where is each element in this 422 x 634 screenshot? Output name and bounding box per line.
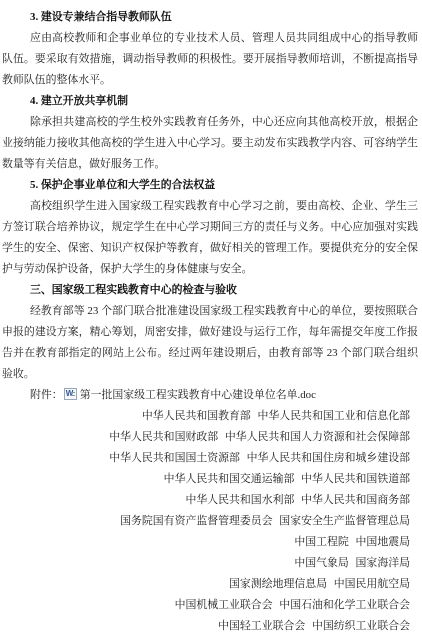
attachment-filename[interactable]: 第一批国家级工程实践教育中心建设单位名单.doc: [80, 389, 316, 401]
signature-line: 国务院国有资产监督管理委员会 国家安全生产监督管理总局: [2, 511, 410, 532]
signature-line: 中国机械工业联合会 中国石油和化学工业联合会: [2, 595, 410, 616]
section-heading: 三、国家级工程实践教育中心的检查与验收: [2, 280, 418, 301]
word-doc-icon[interactable]: [64, 388, 77, 400]
section-heading: 4. 建立开放共享机制: [2, 91, 418, 112]
signature-line: 中华人民共和国交通运输部 中华人民共和国铁道部: [2, 469, 410, 490]
body-paragraph: 高校组织学生进入国家级工程实践教育中心学习之前，要由高校、企业、学生三方签订联合…: [2, 196, 418, 280]
document-body: 3. 建设专兼结合指导教师队伍应由高校教师和企事业单位的专业技术人员、管理人员共…: [2, 7, 418, 385]
signature-line: 国家测绘地理信息局 中国民用航空局: [2, 574, 410, 595]
signature-line: 中国气象局 国家海洋局: [2, 553, 410, 574]
section-heading: 3. 建设专兼结合指导教师队伍: [2, 7, 418, 28]
signature-line: 中华人民共和国水利部 中华人民共和国商务部: [2, 490, 410, 511]
signature-line: 中华人民共和国国土资源部 中华人民共和国住房和城乡建设部: [2, 448, 410, 469]
signature-line: 中国轻工业联合会 中国纺织工业联合会: [2, 616, 410, 634]
body-paragraph: 经教育部等 23 个部门联合批准建设国家级工程实践教育中心的单位，要按照联合申报…: [2, 301, 418, 385]
signature-line: 中国工程院 中国地震局: [2, 532, 410, 553]
signature-line: 中华人民共和国教育部 中华人民共和国工业和信息化部: [2, 406, 410, 427]
document-page: 3. 建设专兼结合指导教师队伍应由高校教师和企事业单位的专业技术人员、管理人员共…: [0, 0, 422, 634]
signature-line: 中华人民共和国财政部 中华人民共和国人力资源和社会保障部: [2, 427, 410, 448]
attachment-line: 附件：第一批国家级工程实践教育中心建设单位名单.doc: [2, 385, 418, 406]
signature-block: 中华人民共和国教育部 中华人民共和国工业和信息化部中华人民共和国财政部 中华人民…: [2, 406, 418, 634]
body-paragraph: 除承担共建高校的学生校外实践教育任务外，中心还应向其他高校开放，根据企业接纳能力…: [2, 112, 418, 175]
attachment-label: 附件：: [30, 389, 63, 401]
body-paragraph: 应由高校教师和企事业单位的专业技术人员、管理人员共同组成中心的指导教师队伍。要采…: [2, 28, 418, 91]
section-heading: 5. 保护企事业单位和大学生的合法权益: [2, 175, 418, 196]
